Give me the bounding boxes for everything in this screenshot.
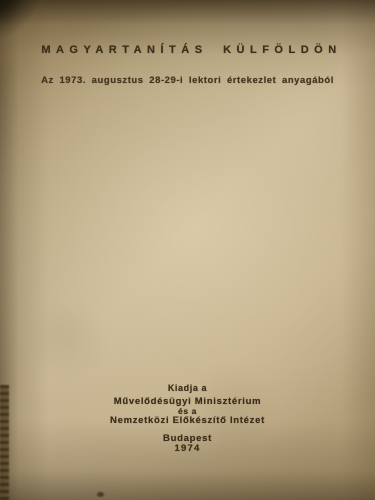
paper-speck [97,492,104,497]
page-subtitle: Az 1973. augusztus 28-29-i lektori értek… [0,75,375,86]
page-corner-crease [0,0,69,10]
imprint-published-by: Kiadja a [0,383,375,393]
page-title: MAGYARTANÍTÁS KÜLFÖLDÖN [0,44,375,56]
book-title-page-photo: MAGYARTANÍTÁS KÜLFÖLDÖN Az 1973. auguszt… [0,0,375,500]
imprint-year: 1974 [0,443,375,454]
imprint-publisher-institute: Nemzetközi Előkészítő Intézet [0,415,375,426]
